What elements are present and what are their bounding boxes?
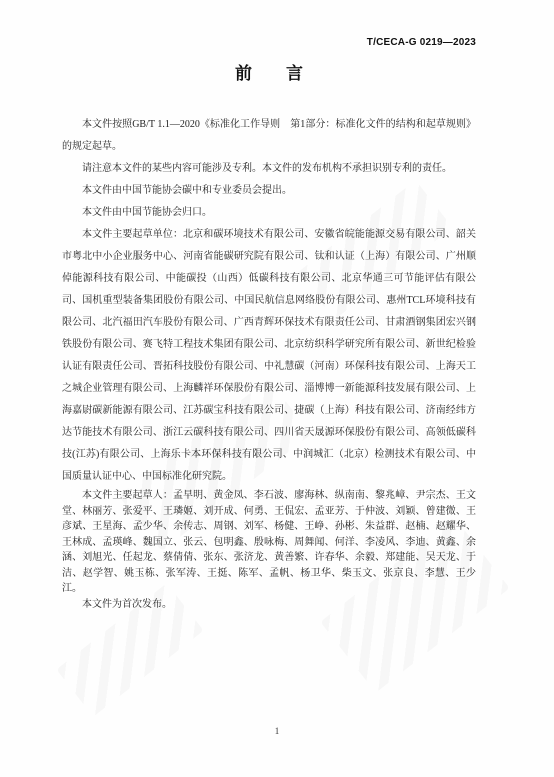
- page-title: 前 言: [62, 64, 476, 84]
- paragraph-drafting-organizations: 本文件主要起草单位：北京和碳环境技术有限公司、安徽省皖能能源交易有限公司、韶关市…: [62, 224, 476, 488]
- page-content: 前 言 本文件按照GB/T 1.1—2020《标准化工作导则 第1部分：标准化文…: [62, 64, 476, 612]
- paragraph-centralized-by: 本文件由中国节能协会归口。: [62, 202, 476, 224]
- paragraph-proposed-by: 本文件由中国节能协会碳中和专业委员会提出。: [62, 180, 476, 202]
- paragraph-first-issue: 本文件为首次发布。: [62, 597, 476, 613]
- standard-number: T/CECA-G 0219—2023: [367, 37, 476, 48]
- paragraph-main-drafters: 本文件主要起草人：孟早明、黄金凤、李石波、廖海林、纵南南、黎兆嶂、尹宗杰、王文堂…: [62, 488, 476, 597]
- page-number: 1: [0, 726, 554, 736]
- paragraph-patent-notice: 请注意本文件的某些内容可能涉及专利。本文件的发布机构不承担识别专利的责任。: [62, 158, 476, 180]
- paragraph-drafting-basis: 本文件按照GB/T 1.1—2020《标准化工作导则 第1部分：标准化文件的结构…: [62, 114, 476, 158]
- foreword-page: T/CECA-G 0219—2023 前 言 本文件按照GB/T 1.1—202…: [0, 0, 554, 777]
